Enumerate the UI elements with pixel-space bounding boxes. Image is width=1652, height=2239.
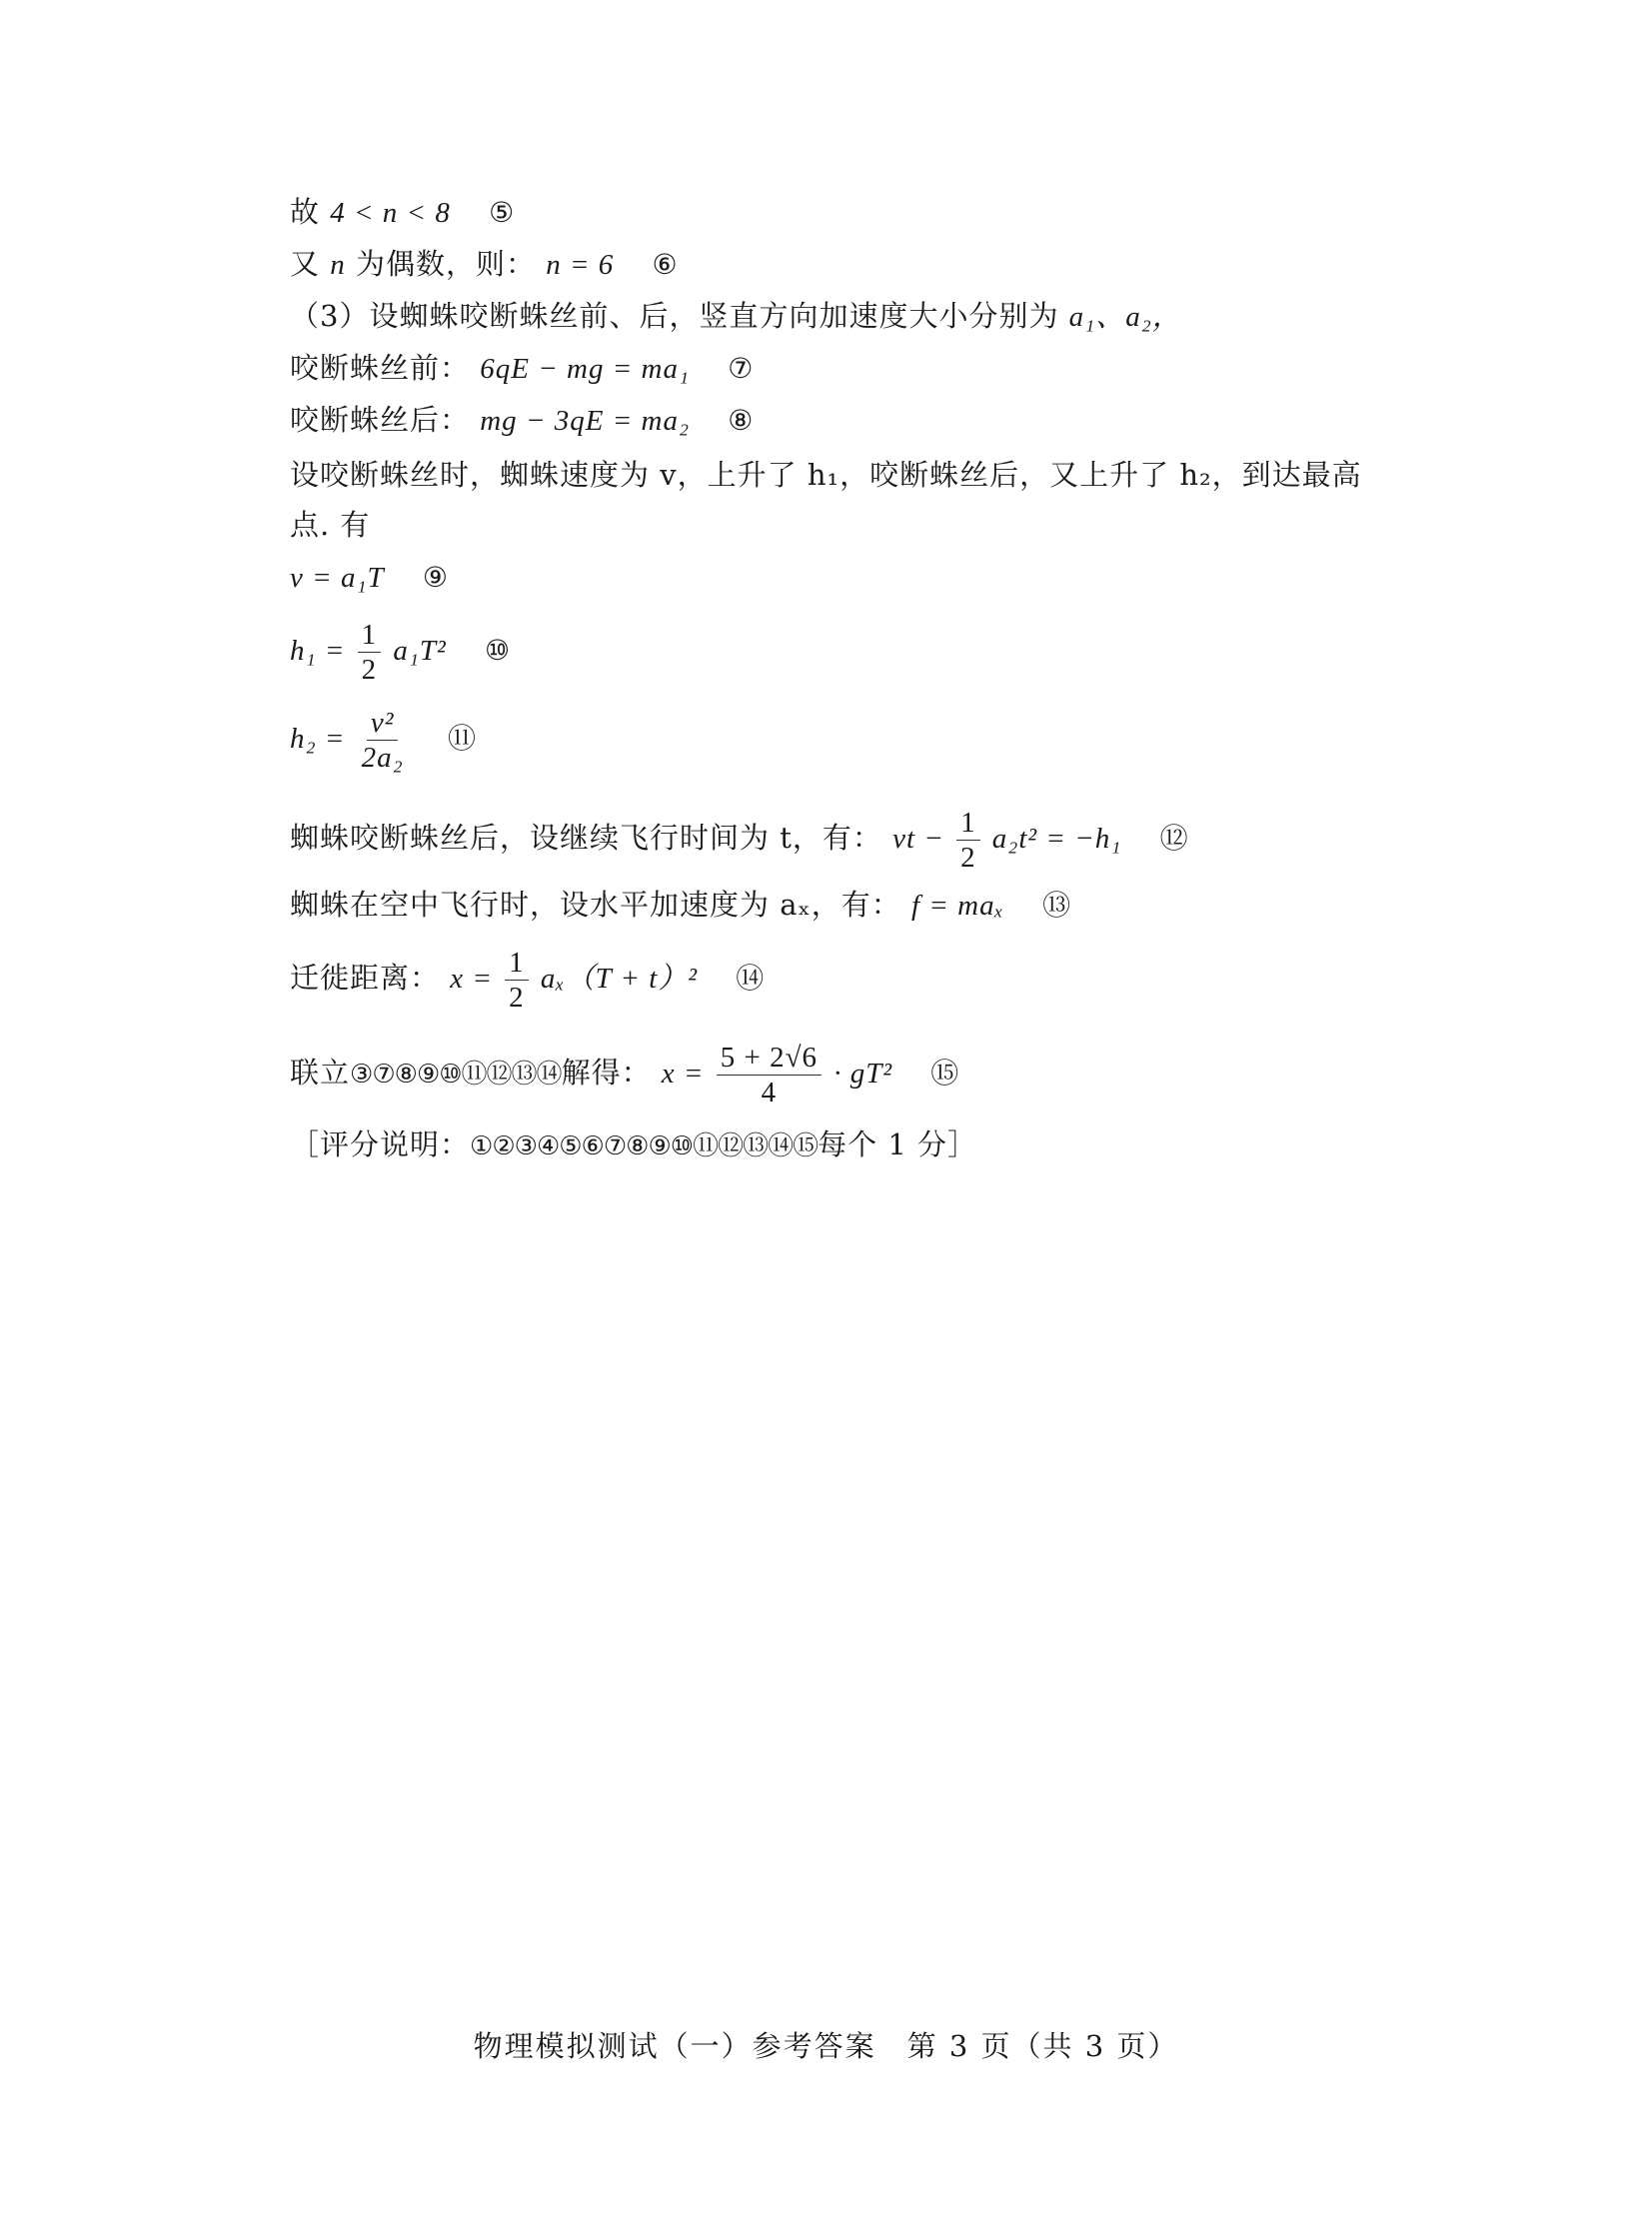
step-marker: ⑧ <box>728 404 754 437</box>
math-lhs: x = <box>662 1058 705 1090</box>
step-marker: ⑩ <box>485 634 511 667</box>
line-label: 联立 <box>290 1056 350 1090</box>
fraction: 5 + 2√6 4 <box>717 1041 822 1110</box>
math-lhs: h₁ = <box>290 635 345 667</box>
step-marker: ⑬ <box>1042 889 1071 922</box>
math-lhs: x = <box>450 963 493 995</box>
math-expr: f = maₓ <box>911 890 1004 922</box>
answer-line-6: 又 n 为偶数，则： n = 6 ⑥ <box>290 244 679 285</box>
fraction: 1 2 <box>956 806 980 875</box>
line-label: 咬断蛛丝后： <box>290 403 470 437</box>
grading-label: ［评分说明： <box>290 1127 470 1161</box>
line-label: 迁徙距离： <box>290 961 440 995</box>
line-text: 为偶数，则： <box>356 247 536 281</box>
line-text: 点. 有 <box>290 508 370 542</box>
fraction: 1 2 <box>505 946 529 1015</box>
fraction-denominator: 2a₂ <box>358 741 408 775</box>
step-marker: ⑥ <box>652 248 678 281</box>
document-page: 故 4 < n < 8 ⑤ 又 n 为偶数，则： n = 6 ⑥ （3）设蜘蛛咬… <box>0 0 1652 2239</box>
math-lhs: vt − <box>892 823 944 855</box>
math-expr: a₂t² = −h₁ <box>992 823 1122 855</box>
math-expr: 6qE − mg = ma₁ <box>480 353 690 385</box>
step-marker: ⑭ <box>736 962 765 995</box>
fraction-denominator: 2 <box>956 841 980 875</box>
fraction: v² 2a₂ <box>358 706 408 775</box>
fraction-numerator: 1 <box>505 946 529 981</box>
answer-line-14: 迁徙距离： x = 1 2 aₓ（T + t）² ⑭ <box>290 940 765 1017</box>
fraction-numerator: 5 + 2√6 <box>717 1041 822 1076</box>
step-marker: ⑪ <box>448 722 477 755</box>
fraction: 1 2 <box>358 618 382 687</box>
line-text: 又 <box>290 247 320 281</box>
line-text: 故 <box>290 195 320 229</box>
line-text: 设咬断蛛丝时，蜘蛛速度为 v，上升了 h₁，咬断蛛丝后，又上升了 h₂，到达最高 <box>290 458 1362 492</box>
math-expr: v = a₁T <box>290 562 385 594</box>
step-references: ①②③④⑤⑥⑦⑧⑨⑩⑪⑫⑬⑭⑮ <box>470 1131 818 1161</box>
line-text: （3）设蜘蛛咬断蛛丝前、后，竖直方向加速度大小分别为 <box>290 299 1058 333</box>
line-label: 咬断蛛丝前： <box>290 351 470 385</box>
math-var: n <box>330 249 346 281</box>
grading-points: 每个 1 分］ <box>818 1127 977 1161</box>
fraction-denominator: 2 <box>505 981 529 1015</box>
fraction-numerator: v² <box>367 706 399 741</box>
answer-line-15: 联立③⑦⑧⑨⑩⑪⑫⑬⑭解得： x = 5 + 2√6 4 · gT² ⑮ <box>290 1035 959 1113</box>
math-expr: n = 6 <box>546 249 614 281</box>
fraction-numerator: 1 <box>358 618 382 653</box>
line-text: 蜘蛛咬断蛛丝后，设继续飞行时间为 t，有： <box>290 821 882 855</box>
step-marker: ⑫ <box>1160 822 1189 855</box>
fraction-denominator: 4 <box>758 1076 782 1110</box>
step-marker: ⑦ <box>728 352 754 385</box>
answer-line-11: h₂ = v² 2a₂ ⑪ <box>290 700 477 777</box>
answer-line-8: 咬断蛛丝后： mg − 3qE = ma₂ ⑧ <box>290 400 754 441</box>
math-expr: mg − 3qE = ma₂ <box>480 405 690 437</box>
math-lhs: h₂ = <box>290 723 345 755</box>
fraction-denominator: 2 <box>358 653 382 687</box>
step-references: ③⑦⑧⑨⑩⑪⑫⑬⑭ <box>350 1060 562 1090</box>
answer-line-7: 咬断蛛丝前： 6qE − mg = ma₁ ⑦ <box>290 348 754 389</box>
answer-line-10: h₁ = 1 2 a₁T² ⑩ <box>290 612 511 689</box>
setup-line-cont: 点. 有 <box>290 505 370 545</box>
fraction-numerator: 1 <box>956 806 980 841</box>
setup-line: 设咬断蛛丝时，蜘蛛速度为 v，上升了 h₁，咬断蛛丝后，又上升了 h₂，到达最高 <box>290 455 1362 495</box>
page-footer: 物理模拟测试（一）参考答案 第 3 页（共 3 页） <box>0 2024 1652 2065</box>
math-expr: · gT² <box>833 1058 892 1090</box>
line-label: 解得： <box>562 1056 652 1090</box>
step-marker: ⑮ <box>930 1057 959 1090</box>
math-expr: a₁T² <box>393 635 446 667</box>
answer-line-13: 蜘蛛在空中飞行时，设水平加速度为 aₓ，有： f = maₓ ⑬ <box>290 885 1071 926</box>
math-var: a₁、a₂， <box>1069 301 1182 333</box>
step-marker: ⑨ <box>423 561 449 594</box>
math-expr: aₓ（T + t）² <box>541 963 698 995</box>
math-expr: 4 < n < 8 <box>330 197 451 229</box>
answer-line-5: 故 4 < n < 8 ⑤ <box>290 192 515 233</box>
grading-note: ［评分说明：①②③④⑤⑥⑦⑧⑨⑩⑪⑫⑬⑭⑮每个 1 分］ <box>290 1124 977 1166</box>
answer-line-12: 蜘蛛咬断蛛丝后，设继续飞行时间为 t，有： vt − 1 2 a₂t² = −h… <box>290 800 1189 877</box>
step-marker: ⑤ <box>489 196 515 229</box>
answer-line-9: v = a₁T ⑨ <box>290 557 449 598</box>
line-text: 蜘蛛在空中飞行时，设水平加速度为 aₓ，有： <box>290 888 901 922</box>
part-3-intro: （3）设蜘蛛咬断蛛丝前、后，竖直方向加速度大小分别为 a₁、a₂， <box>290 296 1182 337</box>
